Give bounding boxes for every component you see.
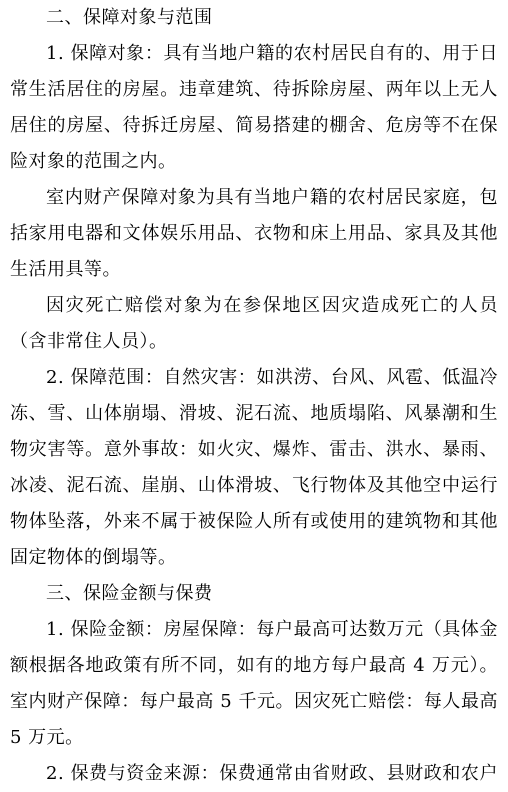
- paragraph-line: 物灾害等。意外事故：如火灾、爆炸、雷击、洪水、暴雨、: [10, 432, 498, 468]
- paragraph-line: （含非常住人员）。: [10, 324, 498, 360]
- paragraph-line: 2. 保费与资金来源：保费通常由省财政、县财政和农户: [10, 756, 498, 792]
- paragraph-line: 生活用具等。: [10, 252, 498, 288]
- document-text-block: 二、保障对象与范围1. 保障对象：具有当地户籍的农村居民自有的、用于日常生活居住…: [10, 0, 498, 792]
- paragraph-line: 冻、雪、山体崩塌、滑坡、泥石流、地质塌陷、风暴潮和生: [10, 396, 498, 432]
- section-heading: 二、保障对象与范围: [10, 0, 498, 36]
- paragraph-line: 1. 保险金额：房屋保障：每户最高可达数万元（具体金: [10, 612, 498, 648]
- paragraph-line: 固定物体的倒塌等。: [10, 540, 498, 576]
- document-page: 二、保障对象与范围1. 保障对象：具有当地户籍的农村居民自有的、用于日常生活居住…: [0, 0, 508, 792]
- paragraph-line: 5 万元。: [10, 720, 498, 756]
- paragraph-line: 冰凌、泥石流、崖崩、山体滑坡、飞行物体及其他空中运行: [10, 468, 498, 504]
- paragraph-line: 室内财产保障：每户最高 5 千元。因灾死亡赔偿：每人最高: [10, 684, 498, 720]
- paragraph-line: 险对象的范围之内。: [10, 144, 498, 180]
- section-heading: 三、保险金额与保费: [10, 576, 498, 612]
- paragraph-line: 居住的房屋、待拆迁房屋、简易搭建的棚舍、危房等不在保: [10, 108, 498, 144]
- paragraph-line: 额根据各地政策有所不同，如有的地方每户最高 4 万元）。: [10, 648, 498, 684]
- paragraph-line: 物体坠落，外来不属于被保险人所有或使用的建筑物和其他: [10, 504, 498, 540]
- paragraph-line: 常生活居住的房屋。违章建筑、待拆除房屋、两年以上无人: [10, 72, 498, 108]
- paragraph-line: 因灾死亡赔偿对象为在参保地区因灾造成死亡的人员: [10, 288, 498, 324]
- paragraph-line: 2. 保障范围：自然灾害：如洪涝、台风、风雹、低温冷: [10, 360, 498, 396]
- paragraph-line: 括家用电器和文体娱乐用品、衣物和床上用品、家具及其他: [10, 216, 498, 252]
- paragraph-line: 1. 保障对象：具有当地户籍的农村居民自有的、用于日: [10, 36, 498, 72]
- paragraph-line: 室内财产保障对象为具有当地户籍的农村居民家庭，包: [10, 180, 498, 216]
